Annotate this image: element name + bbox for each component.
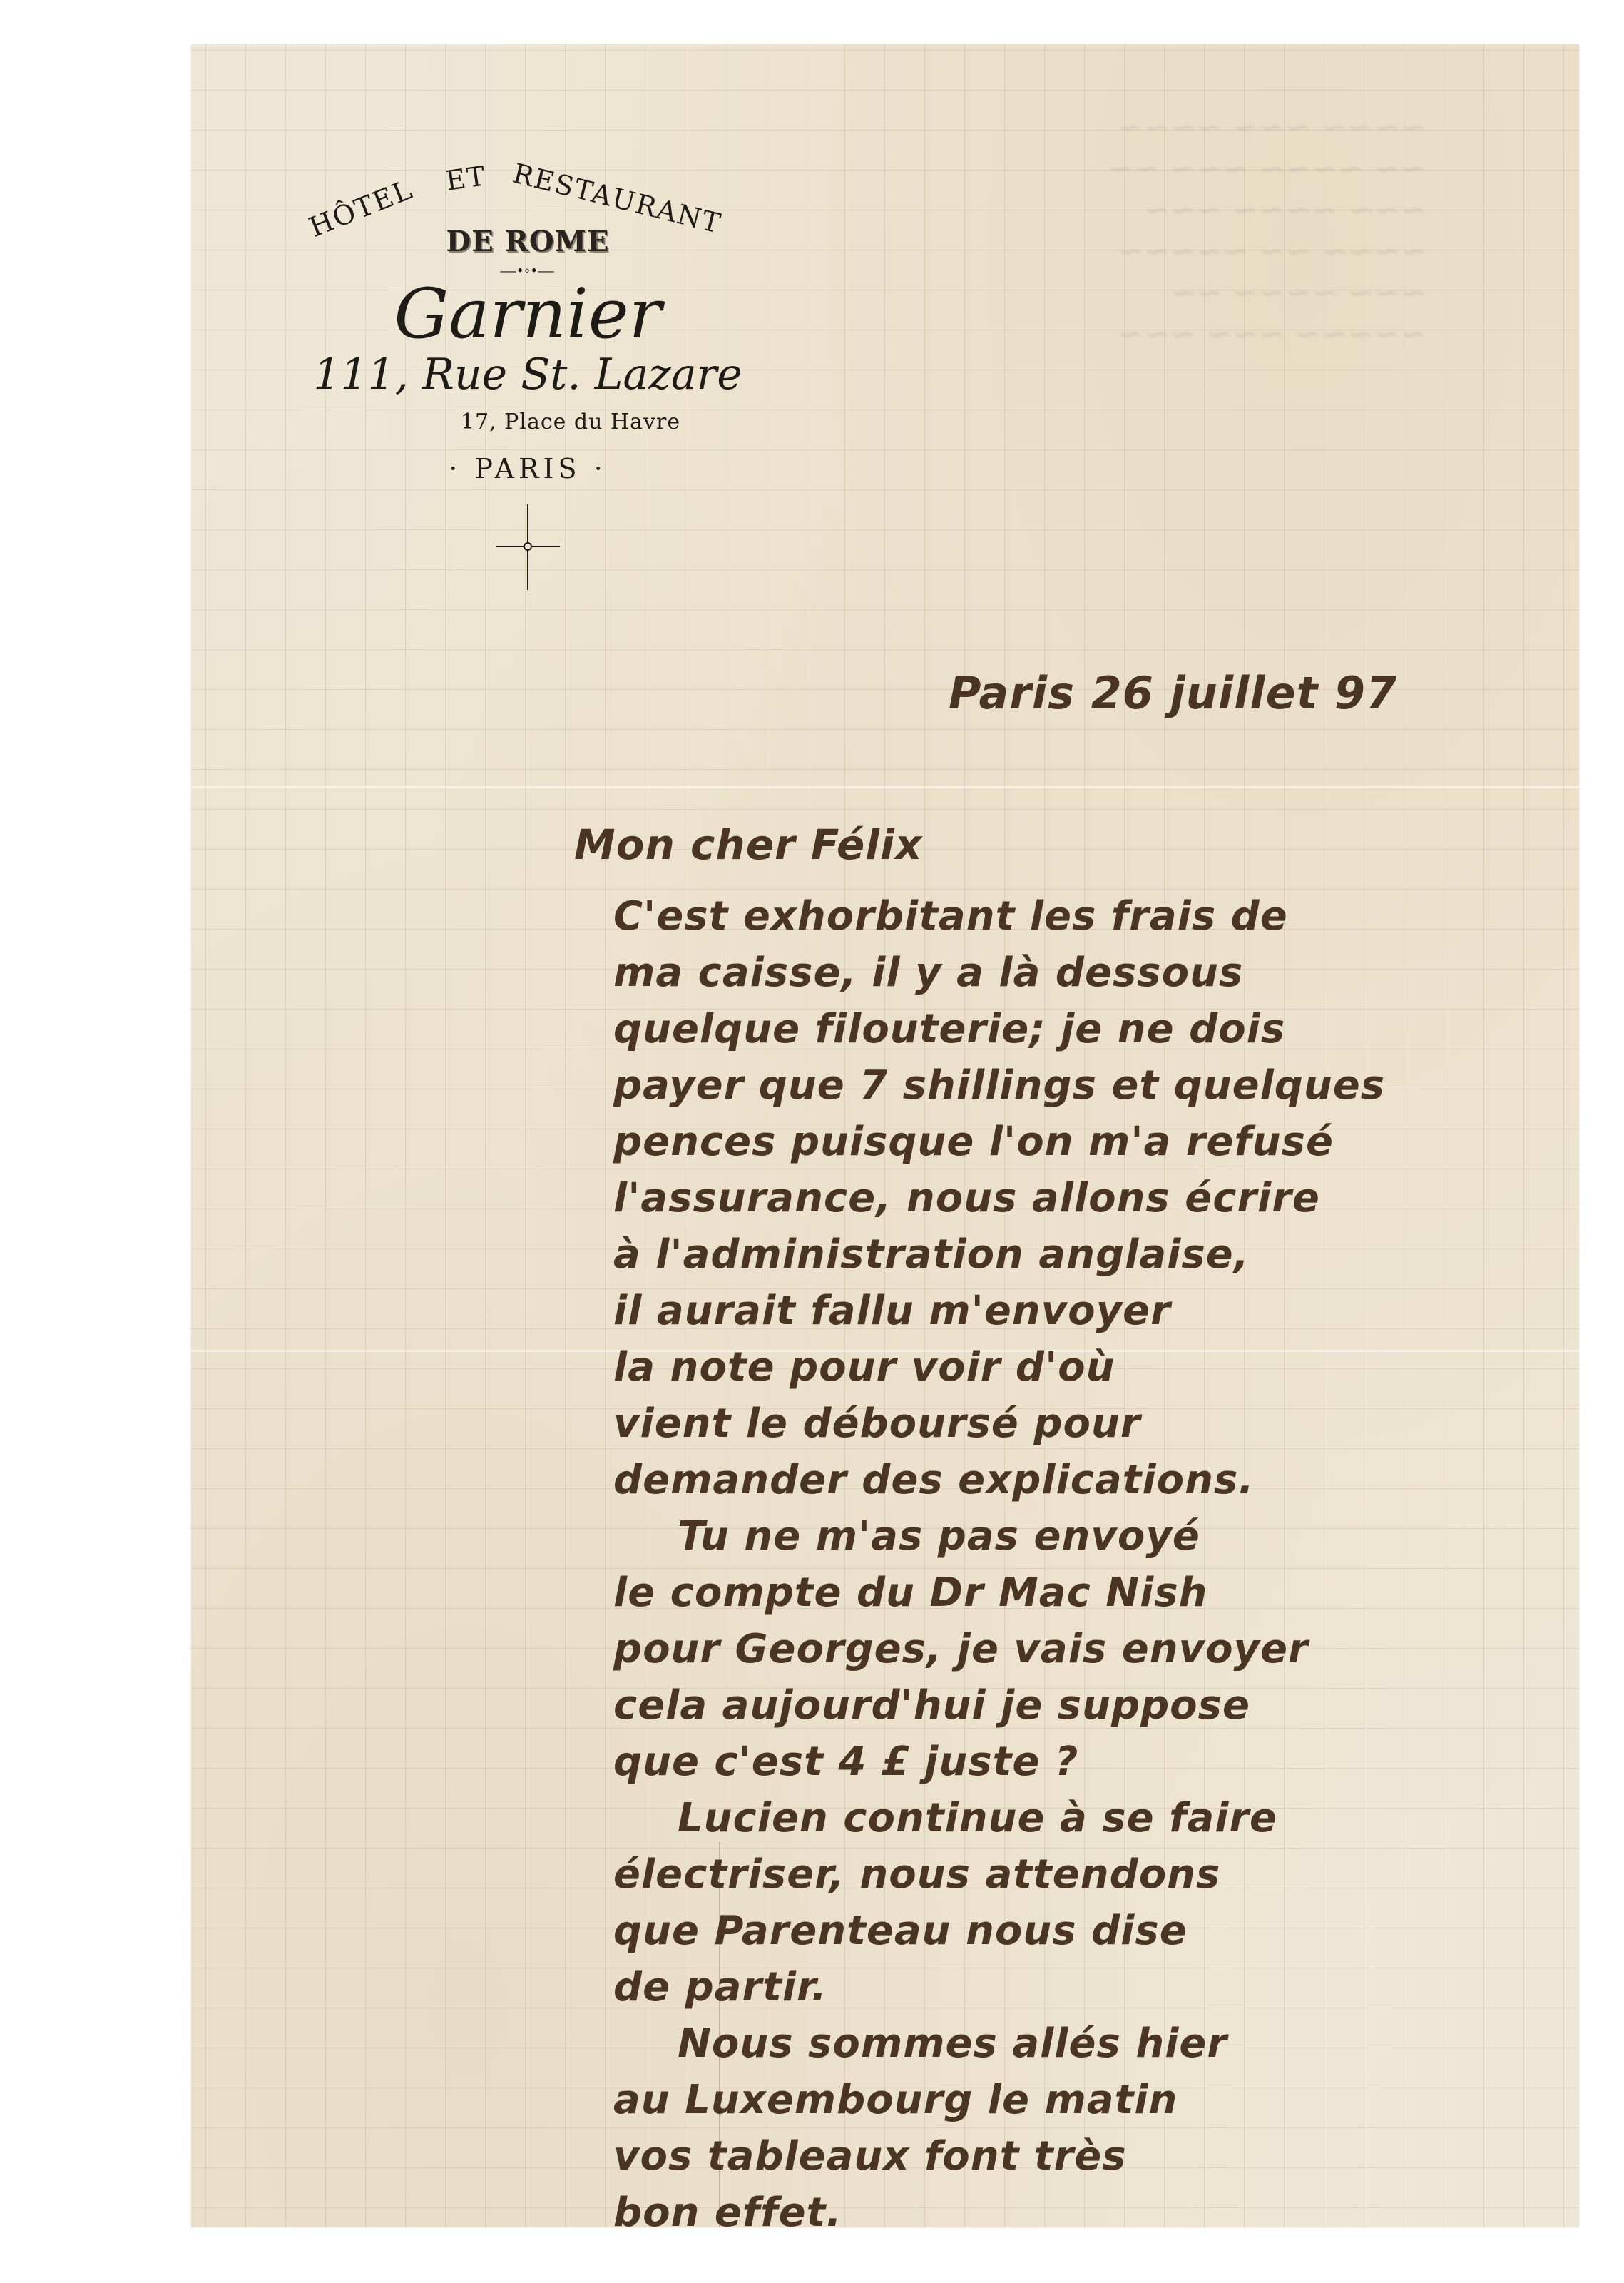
letterhead-street: 111, Rue St. Lazare — [278, 350, 777, 400]
letter-line: bon effet. — [613, 2185, 1384, 2241]
letter-line: Lucien continue à se faire — [613, 1790, 1384, 1846]
letter-salutation: Mon cher Félix — [574, 820, 922, 869]
letterhead-city: · PARIS · — [278, 453, 777, 484]
letter-line: Nous sommes allés hier — [613, 2015, 1384, 2072]
letter-body: C'est exhorbitant les frais dema caisse,… — [613, 888, 1384, 2241]
letterhead-arc: HÔTEL ET RESTAURANT — [278, 136, 777, 243]
letterhead: HÔTEL ET RESTAURANT DE ROME —•◦•— Garnie… — [278, 136, 777, 590]
letter-line: Tu ne m'as pas envoyé — [613, 1508, 1384, 1565]
letter-line: quelque filouterie; je ne dois — [613, 1001, 1384, 1057]
letter-line: demander des explications. — [613, 1452, 1384, 1508]
letter-line: la note pour voir d'où — [613, 1339, 1384, 1395]
letter-line: il aurait fallu m'envoyer — [613, 1283, 1384, 1339]
letter-line: vient le déboursé pour — [613, 1395, 1384, 1452]
letter-line: de partir. — [613, 1959, 1384, 2015]
letter-line: à l'administration anglaise, — [613, 1226, 1384, 1283]
letter-line: au Luxembourg le matin — [613, 2072, 1384, 2128]
cross-ornament-icon — [496, 504, 560, 590]
bleed-through-writing: ~~~~ ~~~ ~~~~~~ ~~~~ ~~~ ~~~~~ ~~~~ ~~~ … — [1027, 107, 1426, 355]
letterhead-place: 17, Place du Havre — [364, 410, 777, 434]
letter-line: cela aujourd'hui je suppose — [613, 1677, 1384, 1734]
letter-line: le compte du Dr Mac Nish — [613, 1565, 1384, 1621]
letter-line: vos tableaux font très — [613, 2128, 1384, 2185]
letter-line: l'assurance, nous allons écrire — [613, 1170, 1384, 1226]
letterhead-restaurant: RESTAURANT — [510, 158, 725, 240]
fold-crease — [191, 786, 1579, 788]
letter-line: ma caisse, il y a là dessous — [613, 945, 1384, 1001]
letter-line: pences puisque l'on m'a refusé — [613, 1114, 1384, 1170]
letter-line: que Parenteau nous dise — [613, 1903, 1384, 1959]
letter-line: que c'est 4 £ juste ? — [613, 1734, 1384, 1790]
letterhead-et: ET — [444, 160, 489, 197]
letter-line: payer que 7 shillings et quelques — [613, 1057, 1384, 1114]
letter-line: pour Georges, je vais envoyer — [613, 1621, 1384, 1677]
letter-line: C'est exhorbitant les frais de — [613, 888, 1384, 945]
letter-date: Paris 26 juillet 97 — [949, 667, 1397, 719]
letterhead-proprietor: Garnier — [278, 278, 777, 350]
letterhead-hotel: HÔTEL — [305, 173, 417, 243]
letter-line: électriser, nous attendons — [613, 1846, 1384, 1903]
